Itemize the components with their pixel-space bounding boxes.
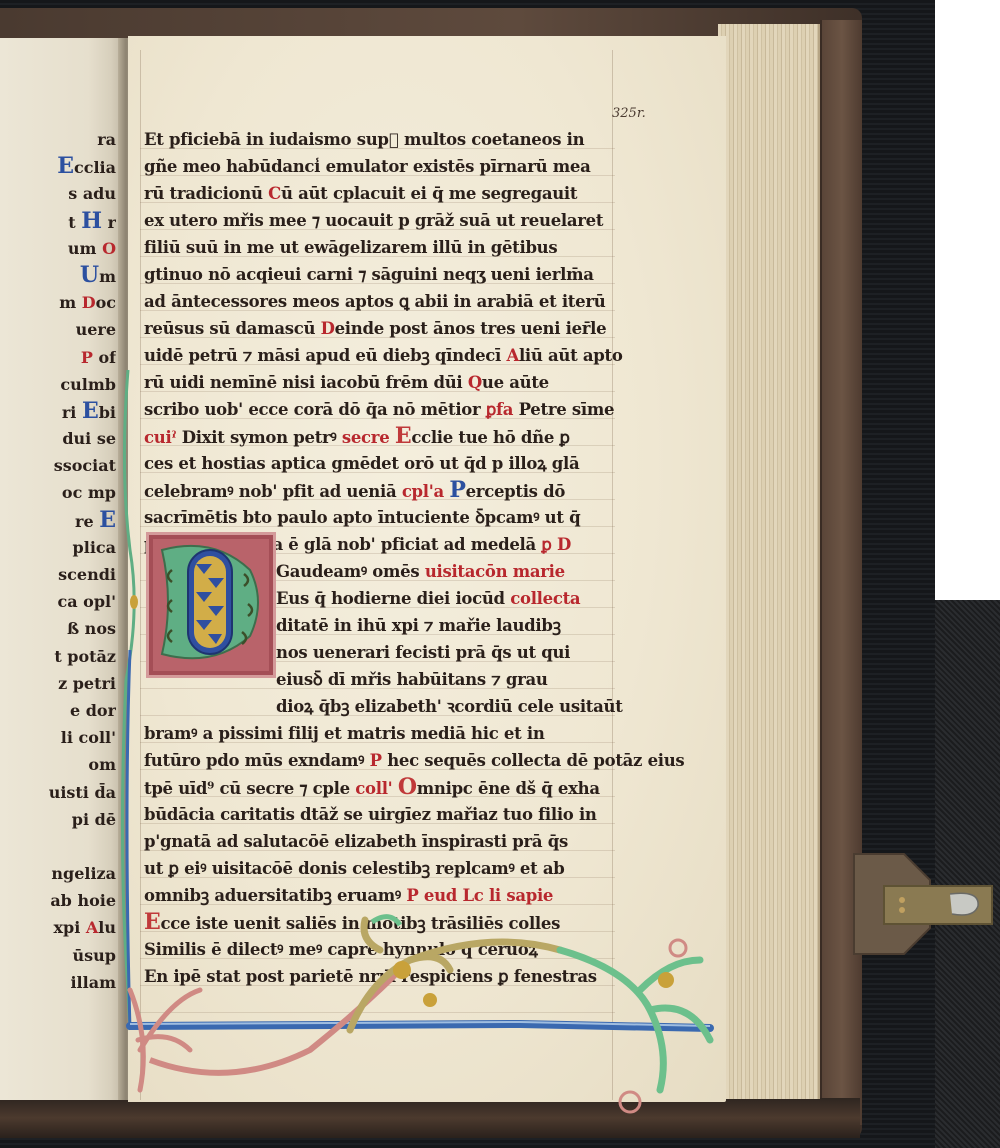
verso-line: m Doc <box>0 289 116 316</box>
rubric-text: A <box>506 346 519 365</box>
manuscript-line: scribo uob' ecce corā dō q̄a nō mētior ꝑ… <box>144 396 624 423</box>
ruling-line <box>140 1012 615 1013</box>
script-text: mnipc ēne dš q̄ exha <box>417 779 600 798</box>
verso-line: z petri <box>0 670 116 697</box>
script-text: p'gnatā ad salutacōē elizabeth īnspirast… <box>144 832 568 851</box>
rubric-text: Q <box>468 373 482 392</box>
manuscript-line: būdācia caritatis dtāž se uirgīez mařiaz… <box>144 801 624 828</box>
verso-line: dui se <box>0 425 116 452</box>
verso-line: oc mp <box>0 479 116 506</box>
manuscript-line: Similis ē dilectꝰ meꝰ capre hynnulo q̄ c… <box>144 936 624 963</box>
book-clasp-icon <box>852 852 997 956</box>
manuscript-line: cuiˀ Dixit symon petrꝰ secre Ecclie tue … <box>144 423 624 450</box>
verso-line: ngeliza <box>0 860 116 887</box>
manuscript-line: gñe meo habūdanci̾ emulator existēs pīrn… <box>144 153 624 180</box>
rubric-text: cuiˀ <box>144 428 176 447</box>
script-text: rū tradicionū <box>144 184 268 203</box>
rubric-text: D <box>321 319 335 338</box>
verso-line: uere <box>0 316 116 343</box>
cover-fore-edge <box>820 20 862 1125</box>
verso-line: scendi <box>0 561 116 588</box>
manuscript-line: tpē uīd⁹ cū secre ⁊ cple coll' Omnipc ēn… <box>144 774 624 801</box>
rubric-text: cpl'a <box>402 482 450 501</box>
script-text: ex utero mřis mee ⁊ uocauit p grāž suā u… <box>144 211 603 230</box>
manuscript-line: ut ꝑ eiꝰ uisitacōē donis celestibꝫ replc… <box>144 855 624 882</box>
script-text: reūsus sū damascū <box>144 319 321 338</box>
ruling-left-margin <box>140 50 141 1100</box>
verso-line: plica <box>0 534 116 561</box>
verso-line: ri Ebi <box>0 398 116 425</box>
page-block-edges <box>718 24 820 1099</box>
script-text: ces et hostias aptica gmēdet orō ut q̄d … <box>144 454 579 473</box>
folio-number: 325r. <box>612 106 646 121</box>
illuminated-initial-d-icon <box>154 540 264 664</box>
verso-line: t H r <box>0 208 116 235</box>
script-text: ut ꝑ eiꝰ uisitacōē donis celestibꝫ replc… <box>144 859 565 878</box>
script-text: Eus q̄ hodierne diei iocūd <box>276 589 510 608</box>
script-text: celebramꝰ nob' pfit ad ueniā <box>144 482 402 501</box>
verso-line: ra <box>0 126 116 153</box>
script-text: gñe meo habūdanci̾ emulator existēs pīrn… <box>144 157 590 176</box>
script-text: Petre sīme <box>513 400 614 419</box>
manuscript-line: rū tradicionū Cū aūt cplacuit ei q̄ me s… <box>144 180 624 207</box>
verso-line: Ecclia <box>0 153 116 180</box>
script-text: nos uenerari fecisti prā q̄s ut qui <box>276 643 570 662</box>
script-text: En ipē stat post parietē nrm̄ respiciens… <box>144 967 597 986</box>
verso-line: t potāz <box>0 643 116 670</box>
manuscript-line: bramꝰ a pissimi filij et matris mediā hi… <box>144 720 624 747</box>
script-text: cclie tue hō dñe ꝑ <box>411 428 569 447</box>
rubric-text: uisitacōn marie <box>425 562 565 581</box>
verso-line: li coll' <box>0 724 116 751</box>
lombard-initial: P <box>449 477 465 503</box>
rubric-text: ꝑfa <box>486 400 513 419</box>
script-text: einde post ānos tres ueni ier̄le <box>335 319 607 338</box>
verso-line: om <box>0 751 116 778</box>
verso-line: P of <box>0 344 116 371</box>
rubric-text: P <box>370 751 382 770</box>
manuscript-line: omnibꝫ aduersitatibꝫ eruamꝰ P eud Lc li … <box>144 882 624 909</box>
rubric-text: collecta <box>510 589 580 608</box>
verso-text-column: raEcclias adut H rum OUmm DocuereP ofcul… <box>0 126 116 996</box>
script-text: bramꝰ a pissimi filij et matris mediā hi… <box>144 724 545 743</box>
verso-line: culmb <box>0 371 116 398</box>
manuscript-line: reūsus sū damascū Deinde post ānos tres … <box>144 315 624 342</box>
script-text: dioꝝ q̄bꝫ elizabeth' ꝛcordiū cele usitaū… <box>276 697 623 716</box>
script-text: omnibꝫ aduersitatibꝫ eruamꝰ <box>144 886 406 905</box>
manuscript-line: rū uidi nemīnē nisi iacobū frēm dūi Que … <box>144 369 624 396</box>
rubric-text: P eud <box>406 886 462 905</box>
script-text: Similis ē dilectꝰ meꝰ capre hynnulo q̄ c… <box>144 940 538 959</box>
script-text: eiusꝺ̄ dī mřis habūitans ⁊ grau <box>276 670 548 689</box>
script-text: rū uidi nemīnē nisi iacobū frēm dūi <box>144 373 468 392</box>
script-text: liū aūt apto <box>519 346 623 365</box>
verso-line: re E <box>0 507 116 534</box>
rubric-text: secre <box>342 428 395 447</box>
script-text: scribo uob' ecce corā dō q̄a nō mētior <box>144 400 486 419</box>
manuscript-line: ad āntecessores meos aptos ꝗ abii in ara… <box>144 288 624 315</box>
script-text: cce iste uenit saliēs in mōtibꝫ trāsiliē… <box>160 914 560 933</box>
script-text: futūro pdo mūs exndamꝰ <box>144 751 370 770</box>
verso-line: uisti d̄a <box>0 779 116 806</box>
script-text: tpē uīd⁹ cū secre ⁊ cple <box>144 779 355 798</box>
manuscript-line: filiū suū in me ut ewāgelizarem illū in … <box>144 234 624 261</box>
manuscript-line: En ipē stat post parietē nrm̄ respiciens… <box>144 963 624 990</box>
rubric-text: ꝑ D <box>541 535 571 554</box>
manuscript-line: Ecce iste uenit saliēs in mōtibꝫ trāsili… <box>144 909 624 936</box>
script-text: ad āntecessores meos aptos ꝗ abii in ara… <box>144 292 605 311</box>
manuscript-line: futūro pdo mūs exndamꝰ P hec sequēs coll… <box>144 747 624 774</box>
manuscript-line: Et pficiebā in iudaismo sup᷑ multos coet… <box>144 126 624 153</box>
verso-line: ab hoie <box>0 887 116 914</box>
verso-line: ca opl' <box>0 588 116 615</box>
verso-line: e dor <box>0 697 116 724</box>
manuscript-line: p'gnatā ad salutacōē elizabeth īnspirast… <box>144 828 624 855</box>
verso-line: illam <box>0 969 116 996</box>
rubric-text: E <box>395 423 411 449</box>
script-text: gtinuo nō acqieui carni ⁊ sāguini neqʒ u… <box>144 265 594 284</box>
script-text: ue aūte <box>482 373 549 392</box>
script-text: filiū suū in me ut ewāgelizarem illū in … <box>144 238 557 257</box>
manuscript-line: ces et hostias aptica gmēdet orō ut q̄d … <box>144 450 624 477</box>
script-text: ū aūt cplacuit ei q̄ me segregauit <box>281 184 577 203</box>
script-text: ditatē in ihū xpi ⁊ mařie laudibꝫ <box>276 616 561 635</box>
verso-line: Um <box>0 262 116 289</box>
verso-line: s adu <box>0 180 116 207</box>
manuscript-line: gtinuo nō acqieui carni ⁊ sāguini neqʒ u… <box>144 261 624 288</box>
script-text: hec sequēs collecta dē potāz eius <box>382 751 685 770</box>
script-text: Gaudeamꝰ omēs <box>276 562 425 581</box>
script-text: būdācia caritatis dtāž se uirgīez mařiaz… <box>144 805 597 824</box>
rubric-text: coll' <box>355 779 398 798</box>
verso-line: ß nos <box>0 615 116 642</box>
verso-line: ssociat <box>0 452 116 479</box>
manuscript-line: dioꝝ q̄bꝫ elizabeth' ꝛcordiū cele usitaū… <box>144 693 624 720</box>
manuscript-line: uidē petrū ⁊ māsi apud eū diebꝫ qīndecī … <box>144 342 624 369</box>
rubric-text: C <box>268 184 281 203</box>
verso-line: pi dē <box>0 806 116 833</box>
manuscript-line: sacrīmētis bto paulo apto īntuciente ꝺ̄p… <box>144 504 624 531</box>
cover-bottom-board <box>0 1098 860 1138</box>
script-text: Et pficiebā in iudaismo sup᷑ multos coet… <box>144 130 584 149</box>
rubric-text: O <box>398 774 417 800</box>
script-text: Dixit symon petrꝰ <box>176 428 342 447</box>
verso-line: ūsup <box>0 942 116 969</box>
verso-line: um O <box>0 235 116 262</box>
rubric-text: E <box>144 909 160 935</box>
script-text: uidē petrū ⁊ māsi apud eū diebꝫ qīndecī <box>144 346 506 365</box>
script-text: erceptis dō <box>466 482 565 501</box>
backdrop-white-area <box>935 0 1000 600</box>
rubric-text: Lc li sapie <box>462 886 553 905</box>
manuscript-line: ex utero mřis mee ⁊ uocauit p grāž suā u… <box>144 207 624 234</box>
script-text: sacrīmētis bto paulo apto īntuciente ꝺ̄p… <box>144 508 580 527</box>
verso-line: xpi Alu <box>0 914 116 941</box>
manuscript-line: celebramꝰ nob' pfit ad ueniā cpl'a Perce… <box>144 477 624 504</box>
verso-line <box>0 833 116 860</box>
